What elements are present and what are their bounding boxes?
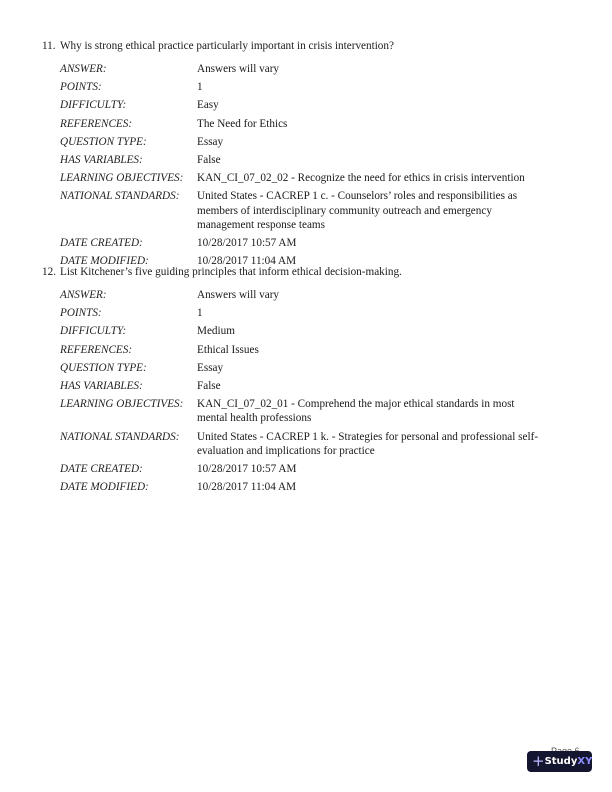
metadata-value: False (197, 379, 547, 393)
metadata-value: Answers will vary (197, 62, 547, 76)
metadata-label: NATIONAL STANDARDS: (60, 430, 197, 458)
studyxy-badge[interactable]: + StudyXY (527, 751, 592, 772)
metadata-row: HAS VARIABLES:False (60, 153, 602, 167)
metadata-row: REFERENCES:The Need for Ethics (60, 117, 602, 131)
metadata-label: QUESTION TYPE: (60, 135, 197, 149)
question-text: 12.List Kitchener’s five guiding princip… (42, 265, 602, 279)
metadata-label: REFERENCES: (60, 117, 197, 131)
metadata-row: ANSWER:Answers will vary (60, 62, 602, 76)
metadata-row: NATIONAL STANDARDS:United States - CACRE… (60, 189, 602, 232)
question-prompt: Why is strong ethical practice particula… (60, 40, 394, 52)
metadata-value: Answers will vary (197, 288, 547, 302)
metadata-label: POINTS: (60, 306, 197, 320)
metadata-row: REFERENCES:Ethical Issues (60, 343, 602, 357)
metadata-row: POINTS:1 (60, 80, 602, 94)
metadata-label: DATE MODIFIED: (60, 480, 197, 494)
metadata-value: United States - CACREP 1 c. - Counselors… (197, 189, 547, 232)
question-text: 11.Why is strong ethical practice partic… (42, 39, 602, 53)
metadata-row: ANSWER:Answers will vary (60, 288, 602, 302)
metadata-value: KAN_CI_07_02_02 - Recognize the need for… (197, 171, 547, 185)
metadata-row: LEARNING OBJECTIVES:KAN_CI_07_02_01 - Co… (60, 397, 602, 425)
metadata-label: ANSWER: (60, 62, 197, 76)
metadata-row: DIFFICULTY:Medium (60, 324, 602, 338)
metadata-value: The Need for Ethics (197, 117, 547, 131)
metadata-row: DATE CREATED:10/28/2017 10:57 AM (60, 236, 602, 250)
metadata-label: DIFFICULTY: (60, 324, 197, 338)
metadata-value: False (197, 153, 547, 167)
question-number: 11. (42, 39, 60, 53)
metadata-value: Ethical Issues (197, 343, 547, 357)
metadata-label: DATE CREATED: (60, 236, 197, 250)
metadata-label: HAS VARIABLES: (60, 379, 197, 393)
metadata-label: NATIONAL STANDARDS: (60, 189, 197, 232)
question-metadata: ANSWER:Answers will varyPOINTS:1DIFFICUL… (60, 62, 602, 268)
metadata-value: 10/28/2017 11:04 AM (197, 480, 547, 494)
metadata-label: LEARNING OBJECTIVES: (60, 171, 197, 185)
metadata-value: KAN_CI_07_02_01 - Comprehend the major e… (197, 397, 547, 425)
question-metadata: ANSWER:Answers will varyPOINTS:1DIFFICUL… (60, 288, 602, 494)
metadata-label: DIFFICULTY: (60, 98, 197, 112)
metadata-value: Essay (197, 361, 547, 375)
metadata-label: ANSWER: (60, 288, 197, 302)
metadata-value: United States - CACREP 1 k. - Strategies… (197, 430, 547, 458)
metadata-label: QUESTION TYPE: (60, 361, 197, 375)
metadata-value: 1 (197, 306, 547, 320)
question-11: 11.Why is strong ethical practice partic… (42, 39, 602, 272)
metadata-row: HAS VARIABLES:False (60, 379, 602, 393)
metadata-value: 10/28/2017 10:57 AM (197, 236, 547, 250)
metadata-row: NATIONAL STANDARDS:United States - CACRE… (60, 430, 602, 458)
plus-icon: + (532, 754, 545, 769)
metadata-value: Easy (197, 98, 547, 112)
metadata-value: 1 (197, 80, 547, 94)
metadata-row: LEARNING OBJECTIVES:KAN_CI_07_02_02 - Re… (60, 171, 602, 185)
metadata-row: DATE CREATED:10/28/2017 10:57 AM (60, 462, 602, 476)
metadata-label: REFERENCES: (60, 343, 197, 357)
metadata-row: DATE MODIFIED:10/28/2017 11:04 AM (60, 480, 602, 494)
metadata-row: QUESTION TYPE:Essay (60, 135, 602, 149)
metadata-label: HAS VARIABLES: (60, 153, 197, 167)
question-12: 12.List Kitchener’s five guiding princip… (42, 265, 602, 498)
question-number: 12. (42, 265, 60, 279)
metadata-value: Essay (197, 135, 547, 149)
metadata-label: DATE CREATED: (60, 462, 197, 476)
metadata-row: POINTS:1 (60, 306, 602, 320)
question-prompt: List Kitchener’s five guiding principles… (60, 266, 402, 278)
metadata-value: Medium (197, 324, 547, 338)
metadata-row: QUESTION TYPE:Essay (60, 361, 602, 375)
brand-name: StudyXY (545, 756, 593, 767)
metadata-label: LEARNING OBJECTIVES: (60, 397, 197, 425)
metadata-label: POINTS: (60, 80, 197, 94)
metadata-row: DIFFICULTY:Easy (60, 98, 602, 112)
metadata-value: 10/28/2017 10:57 AM (197, 462, 547, 476)
